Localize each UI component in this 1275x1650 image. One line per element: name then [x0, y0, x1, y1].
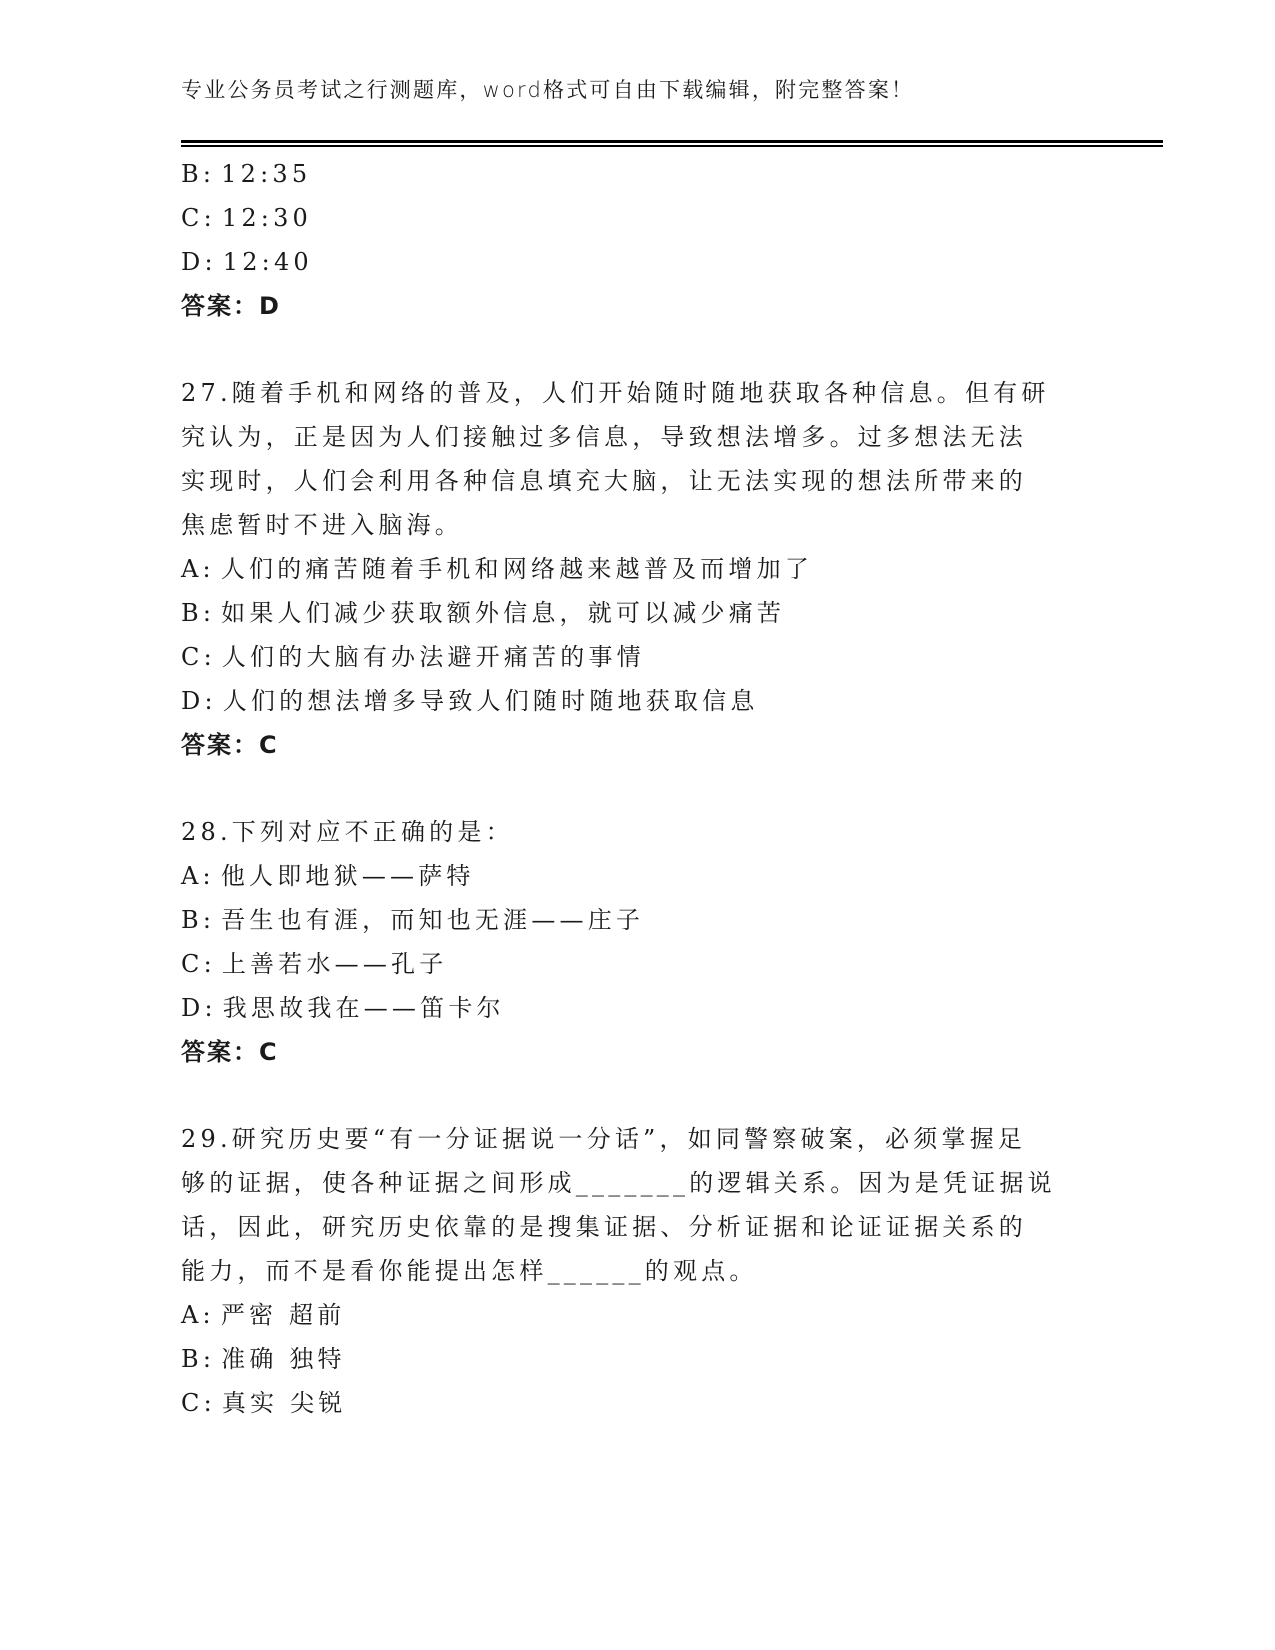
- carryover-block: B:12:35 C:12:30 D:12:40 答案：D: [181, 152, 1061, 328]
- option-key: A:: [181, 547, 215, 591]
- question-stem-line: 27.随着手机和网络的普及，人们开始随时随地获取各种信息。但有研: [181, 371, 1061, 415]
- option-text: 如果人们减少获取额外信息，就可以减少痛苦: [221, 599, 785, 627]
- question-stem-line: 29.研究历史要“有一分证据说一分话”，如同警察破案，必须掌握足: [181, 1117, 1061, 1161]
- option-key: C:: [181, 942, 216, 986]
- question-27: 27.随着手机和网络的普及，人们开始随时随地获取各种信息。但有研 究认为，正是因…: [181, 371, 1061, 767]
- option-key: D:: [181, 679, 217, 723]
- question-stem-line: 够的证据，使各种证据之间形成_______的逻辑关系。因为是凭证据说: [181, 1161, 1061, 1205]
- option-text: 我思故我在——笛卡尔: [223, 994, 505, 1022]
- option-line: C:真实 尖锐: [181, 1381, 1061, 1425]
- option-line: A:他人即地狱——萨特: [181, 854, 1061, 898]
- answer-line: 答案：C: [181, 723, 1061, 767]
- document-page: 专业公务员考试之行测题库，word格式可自由下载编辑，附完整答案！ B:12:3…: [0, 0, 1275, 1650]
- question-spacer: [181, 1074, 1061, 1117]
- option-text: 吾生也有涯，而知也无涯——庄子: [221, 906, 644, 934]
- page-header: 专业公务员考试之行测题库，word格式可自由下载编辑，附完整答案！: [181, 74, 914, 104]
- question-stem-line: 实现时，人们会利用各种信息填充大脑，让无法实现的想法所带来的: [181, 459, 1061, 503]
- option-line: C:人们的大脑有办法避开痛苦的事情: [181, 635, 1061, 679]
- option-text: 12:40: [223, 248, 313, 276]
- option-key: D:: [181, 240, 217, 284]
- header-rule-thin: [181, 145, 1163, 147]
- option-text: 准确 独特: [221, 1345, 346, 1373]
- question-28: 28.下列对应不正确的是： A:他人即地狱——萨特 B:吾生也有涯，而知也无涯—…: [181, 810, 1061, 1074]
- option-text: 真实 尖锐: [222, 1389, 347, 1417]
- header-rule-thick: [181, 140, 1163, 143]
- question-stem-line: 究认为，正是因为人们接触过多信息，导致想法增多。过多想法无法: [181, 415, 1061, 459]
- option-text: 他人即地狱——萨特: [221, 862, 475, 890]
- answer-line: 答案：D: [181, 284, 1061, 328]
- option-key: B:: [181, 152, 215, 196]
- option-line: B:吾生也有涯，而知也无涯——庄子: [181, 898, 1061, 942]
- option-key: B:: [181, 898, 215, 942]
- option-key: C:: [181, 1381, 216, 1425]
- option-line: D:12:40: [181, 240, 1061, 284]
- question-29: 29.研究历史要“有一分证据说一分话”，如同警察破案，必须掌握足 够的证据，使各…: [181, 1117, 1061, 1425]
- answer-line: 答案：C: [181, 1030, 1061, 1074]
- option-key: B:: [181, 1337, 215, 1381]
- option-key: D:: [181, 986, 217, 1030]
- option-line: B:如果人们减少获取额外信息，就可以减少痛苦: [181, 591, 1061, 635]
- header-double-rule: [181, 140, 1163, 148]
- option-text: 12:35: [221, 160, 311, 188]
- option-text: 12:30: [222, 204, 312, 232]
- question-stem-line: 焦虑暂时不进入脑海。: [181, 503, 1061, 547]
- option-line: D:人们的想法增多导致人们随时随地获取信息: [181, 679, 1061, 723]
- option-text: 人们的痛苦随着手机和网络越来越普及而增加了: [221, 555, 813, 583]
- option-key: A:: [181, 1293, 215, 1337]
- option-text: 上善若水——孔子: [222, 950, 448, 978]
- question-spacer: [181, 767, 1061, 810]
- option-key: A:: [181, 854, 215, 898]
- option-line: B:12:35: [181, 152, 1061, 196]
- option-key: C:: [181, 635, 216, 679]
- option-line: C:上善若水——孔子: [181, 942, 1061, 986]
- option-key: C:: [181, 196, 216, 240]
- option-text: 严密 超前: [221, 1301, 346, 1329]
- option-line: B:准确 独特: [181, 1337, 1061, 1381]
- document-body: B:12:35 C:12:30 D:12:40 答案：D 27.随着手机和网络的…: [181, 152, 1061, 1425]
- option-line: C:12:30: [181, 196, 1061, 240]
- option-text: 人们的想法增多导致人们随时随地获取信息: [223, 687, 759, 715]
- option-key: B:: [181, 591, 215, 635]
- option-text: 人们的大脑有办法避开痛苦的事情: [222, 643, 645, 671]
- question-stem-line: 话，因此，研究历史依靠的是搜集证据、分析证据和论证证据关系的: [181, 1205, 1061, 1249]
- option-line: A:严密 超前: [181, 1293, 1061, 1337]
- option-line: D:我思故我在——笛卡尔: [181, 986, 1061, 1030]
- question-stem-line: 28.下列对应不正确的是：: [181, 810, 1061, 854]
- option-line: A:人们的痛苦随着手机和网络越来越普及而增加了: [181, 547, 1061, 591]
- question-spacer: [181, 328, 1061, 371]
- question-stem-line: 能力，而不是看你能提出怎样______的观点。: [181, 1249, 1061, 1293]
